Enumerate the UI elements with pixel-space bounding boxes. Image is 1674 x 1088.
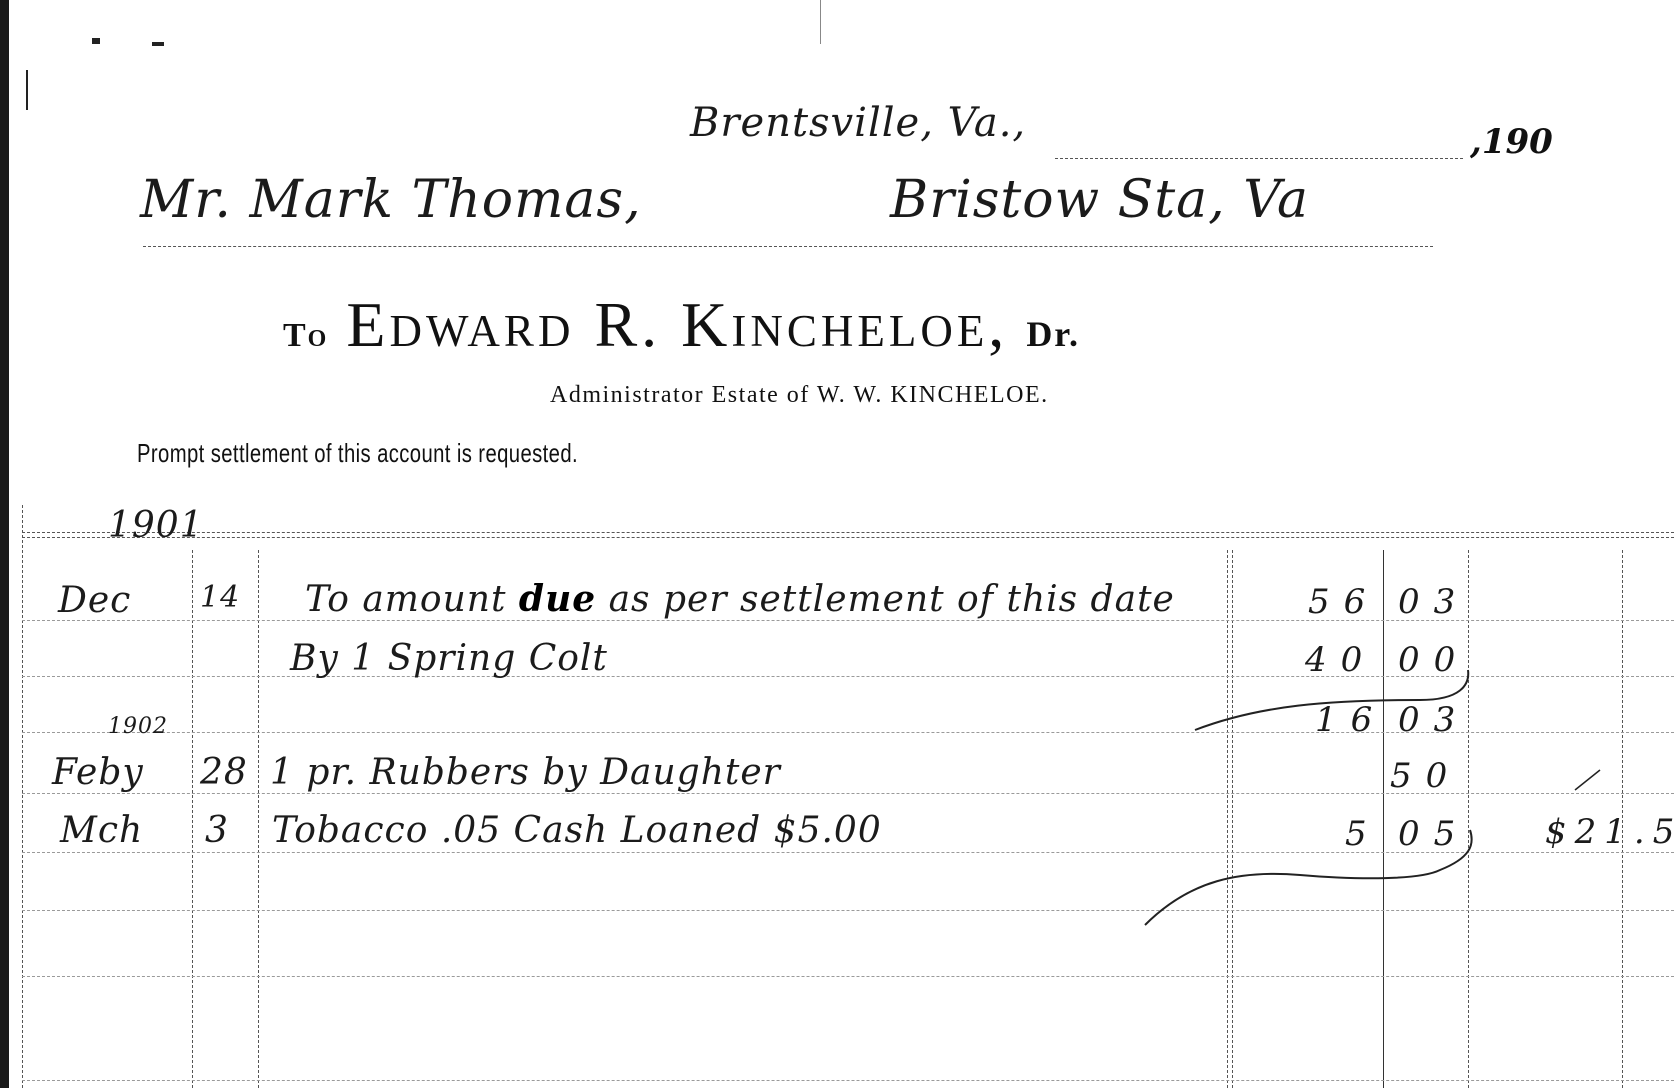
total-bracket-stroke — [1145, 830, 1472, 925]
subtotal-bracket-stroke — [1195, 670, 1468, 730]
ink-strokes — [0, 0, 1674, 1088]
dollar-mark-stroke — [1575, 770, 1600, 790]
